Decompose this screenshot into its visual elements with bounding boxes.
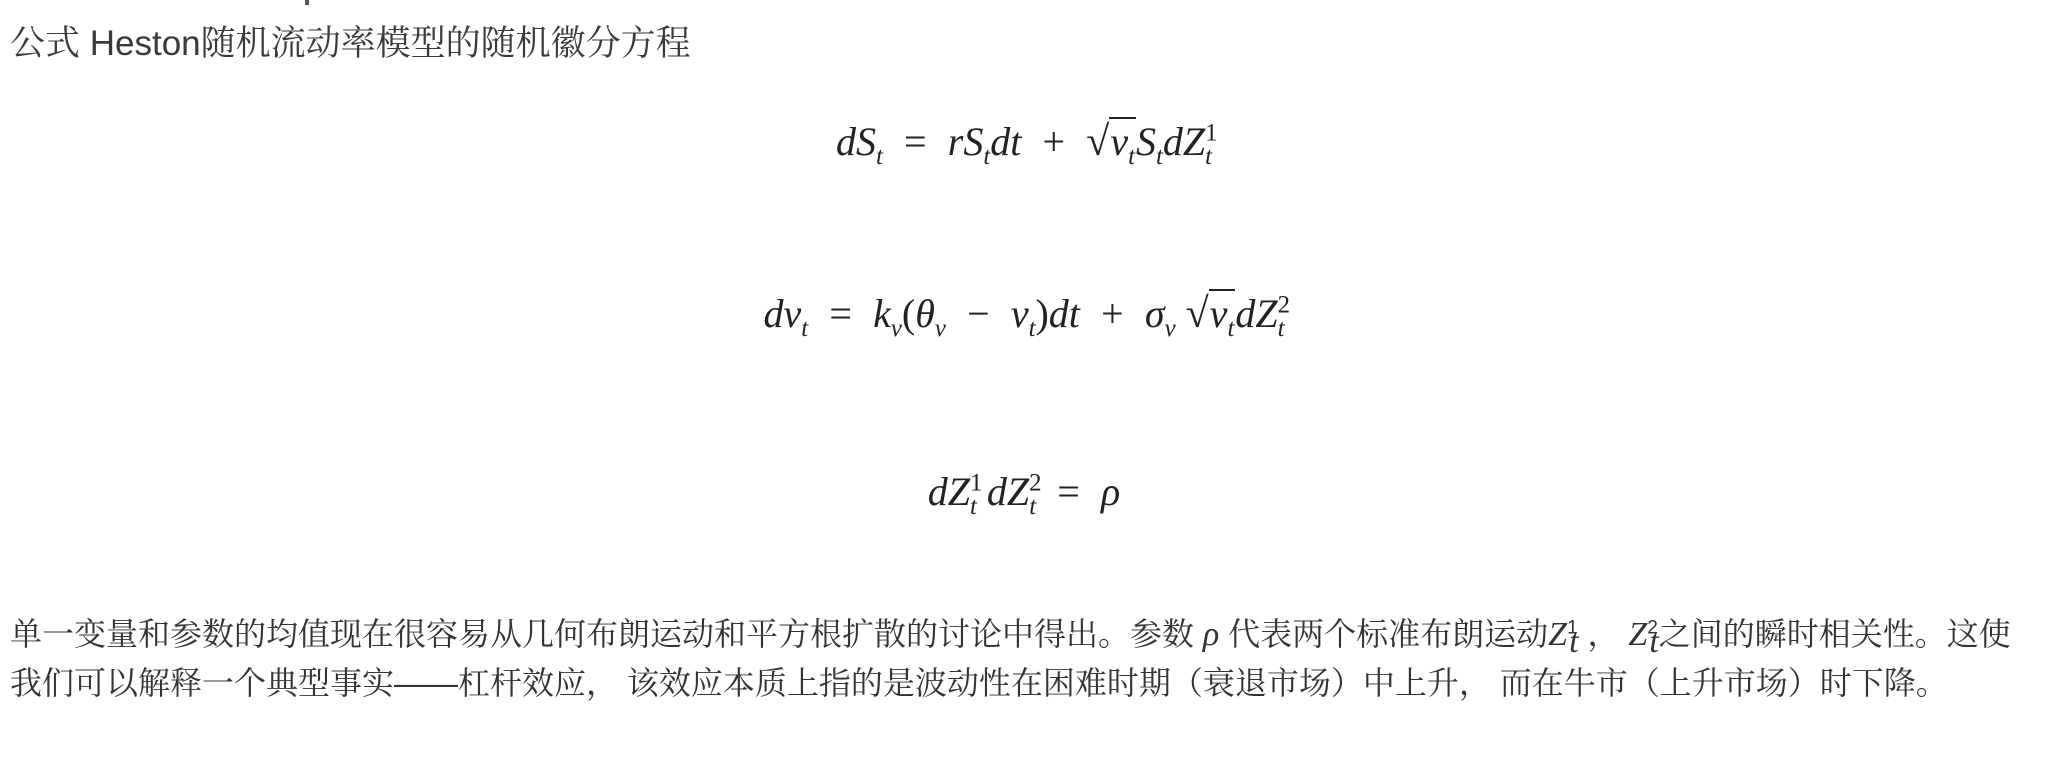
stray-mark [305, 0, 309, 5]
equation-correlation: dZ1t dZ2t = ρ [0, 468, 2048, 515]
equation-variance: dvt = kv(θv − vt)dt + σv √vtdZ2t [0, 290, 2048, 338]
eq1-lhs: dS [836, 119, 876, 164]
sqrt-symbol: √vt [1086, 118, 1136, 166]
equation-stock-price: dSt = rStdt + √vtStdZ1t [0, 118, 2048, 166]
rho-symbol: ρ [1203, 616, 1219, 653]
explanation-paragraph: 单一变量和参数的均值现在很容易从几何布朗运动和平方根扩散的讨论中得出。参数 ρ … [10, 610, 2030, 707]
section-heading: 公式 Heston随机流动率模型的随机徽分方程 [10, 20, 691, 68]
sqrt-symbol: √vt [1186, 290, 1236, 338]
